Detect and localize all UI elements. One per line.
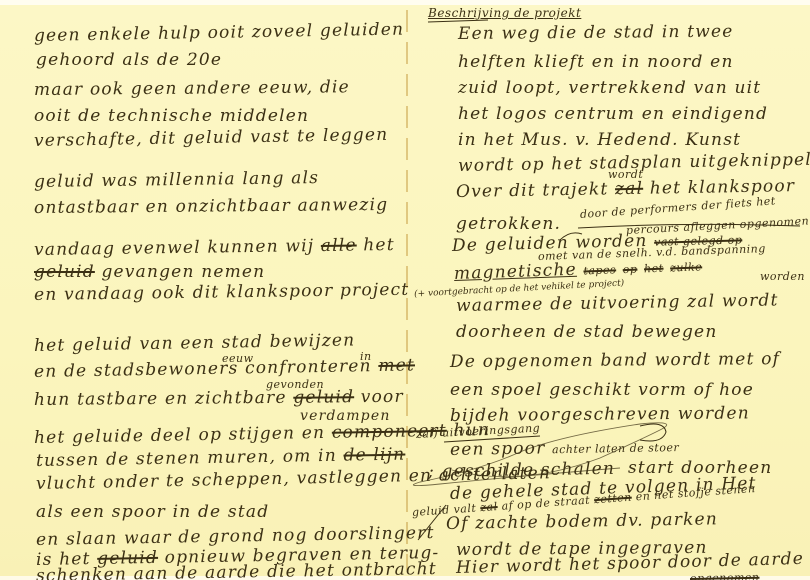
- line-text: Over dit trajekt: [456, 179, 609, 202]
- line-text: gevangen nemen: [101, 262, 265, 282]
- struck-word: zulke: [670, 260, 703, 274]
- line-text: en de stadsbewoners: [34, 358, 239, 382]
- line-text: vandaag evenwel kunnen wij: [34, 236, 315, 260]
- line-text: achter laten de stoer: [552, 441, 679, 456]
- handwritten-line: De opgenomen band wordt met of: [450, 349, 780, 372]
- handwritten-line: een spoel geschikt vorm of hoe: [450, 380, 754, 400]
- handwritten-line: Een weg die de stad in twee: [458, 22, 734, 44]
- line-text: magnetische: [454, 260, 577, 284]
- handwritten-line: helften klieft en in noord en: [458, 52, 734, 72]
- line-text: een spoor: [450, 438, 546, 460]
- handwritten-line: gehoord als de 20e: [36, 50, 222, 70]
- handwritten-line: het logos centrum en eindigend: [458, 104, 768, 124]
- struck-word: tapes: [583, 263, 616, 277]
- line-text: hun tastbare en zichtbare: [34, 388, 287, 410]
- handwritten-line: als een spoor in de stad: [36, 502, 269, 522]
- struck-word: op: [623, 263, 638, 277]
- struck-word: opgenomen: [690, 571, 760, 580]
- handwritten-line: in het Mus. v. Hedend. Kunst: [458, 130, 741, 150]
- handwritten-line: maar ook geen andere eeuw, die: [34, 77, 350, 100]
- handwritten-line: geluid gevangen nemen: [34, 262, 265, 282]
- struck-word: het: [644, 262, 664, 276]
- line-text: het: [363, 235, 395, 255]
- handwritten-line: ontastbaar en onzichtbaar aanwezig: [34, 195, 388, 218]
- struck-word: zal: [480, 500, 498, 514]
- handwritten-line: bijdeh voorgeschreven worden: [450, 403, 750, 426]
- section-heading: Beschrijving de projekt: [428, 6, 581, 20]
- struck-word: zal: [615, 179, 643, 199]
- interlinear-word: in: [360, 350, 372, 363]
- paper-top-edge: [0, 0, 810, 5]
- struck-word: alle: [321, 235, 357, 255]
- struck-word: de lijn: [343, 445, 405, 466]
- struck-word: zetten: [594, 491, 633, 507]
- line-text: voor: [361, 387, 404, 407]
- handwritten-line: doorheen de stad bewegen: [456, 322, 717, 342]
- struck-word: geluid: [293, 387, 354, 408]
- handwritten-line: ooit de technische middelen: [34, 106, 309, 126]
- interlinear-word: worden: [760, 270, 805, 283]
- line-text: af: [501, 499, 514, 513]
- circled-phrase: een spoor achter laten de stoer: [450, 436, 680, 460]
- struck-word: met: [378, 355, 415, 376]
- handwritten-line: geluid was millennia lang als: [34, 168, 319, 192]
- handwritten-line: zuid loopt, vertrekkend van uit: [458, 78, 761, 98]
- line-text: en: [635, 489, 650, 503]
- line-text: confronteren: [245, 356, 372, 378]
- handwritten-line: getrokken.: [456, 214, 561, 234]
- struck-word: geluid: [34, 262, 95, 282]
- handwritten-line: hun tastbare en zichtbare geluid voor: [34, 387, 404, 410]
